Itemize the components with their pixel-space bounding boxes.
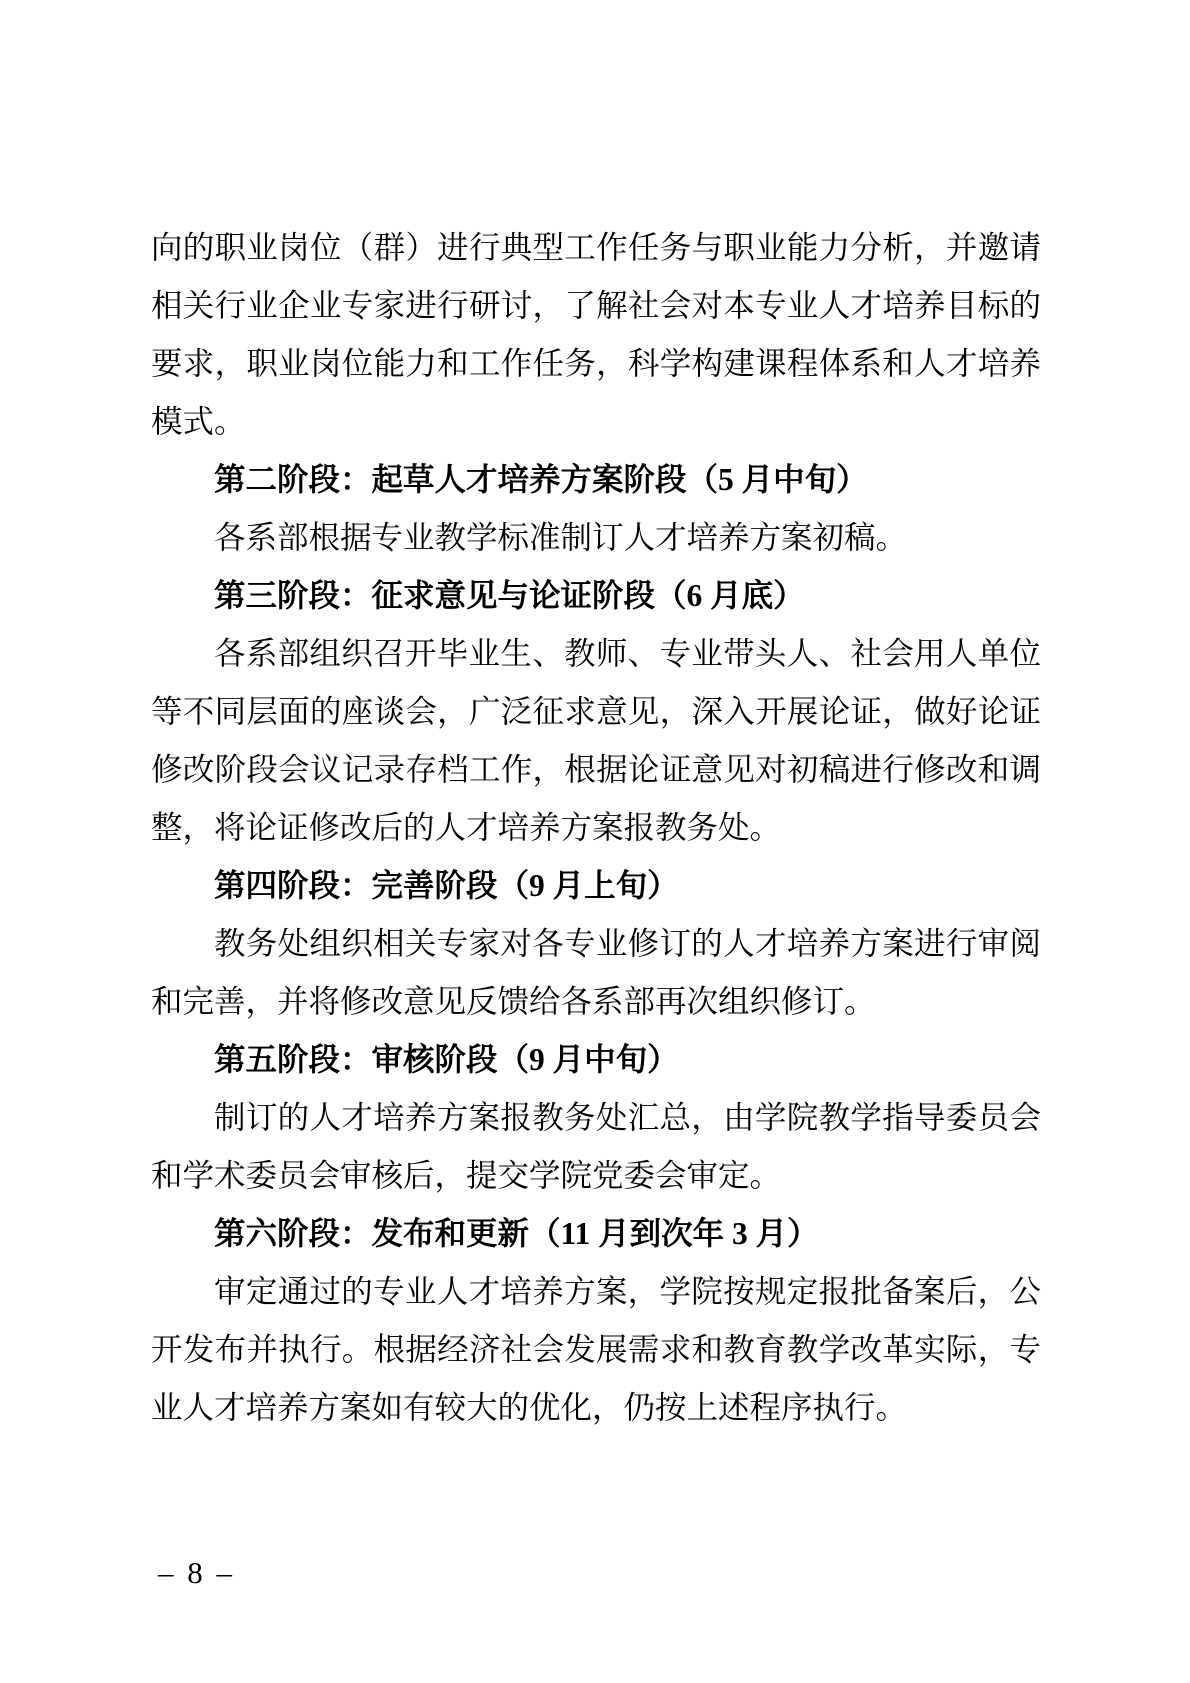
stage-heading: 第二阶段：起草人才培养方案阶段（5 月中旬） [151, 451, 1041, 509]
page-number: – 8 – [158, 1553, 235, 1593]
document-page: 向的职业岗位（群）进行典型工作任务与职业能力分析，并邀请相关行业企业专家进行研讨… [0, 0, 1190, 1683]
stage-heading: 第四阶段：完善阶段（9 月上旬） [151, 857, 1041, 915]
body-paragraph: 审定通过的专业人才培养方案，学院按规定报批备案后，公开发布并执行。根据经济社会发… [151, 1263, 1041, 1437]
body-paragraph: 各系部组织召开毕业生、教师、专业带头人、社会用人单位等不同层面的座谈会，广泛征求… [151, 625, 1041, 857]
body-paragraph: 制订的人才培养方案报教务处汇总，由学院教学指导委员会和学术委员会审核后，提交学院… [151, 1089, 1041, 1205]
body-paragraph: 向的职业岗位（群）进行典型工作任务与职业能力分析，并邀请相关行业企业专家进行研讨… [151, 219, 1041, 451]
stage-heading: 第五阶段：审核阶段（9 月中旬） [151, 1031, 1041, 1089]
body-paragraph: 各系部根据专业教学标准制订人才培养方案初稿。 [151, 509, 1041, 567]
body-paragraph: 教务处组织相关专家对各专业修订的人才培养方案进行审阅和完善，并将修改意见反馈给各… [151, 915, 1041, 1031]
document-body: 向的职业岗位（群）进行典型工作任务与职业能力分析，并邀请相关行业企业专家进行研讨… [151, 219, 1041, 1437]
stage-heading: 第六阶段：发布和更新（11 月到次年 3 月） [151, 1205, 1041, 1263]
stage-heading: 第三阶段：征求意见与论证阶段（6 月底） [151, 567, 1041, 625]
